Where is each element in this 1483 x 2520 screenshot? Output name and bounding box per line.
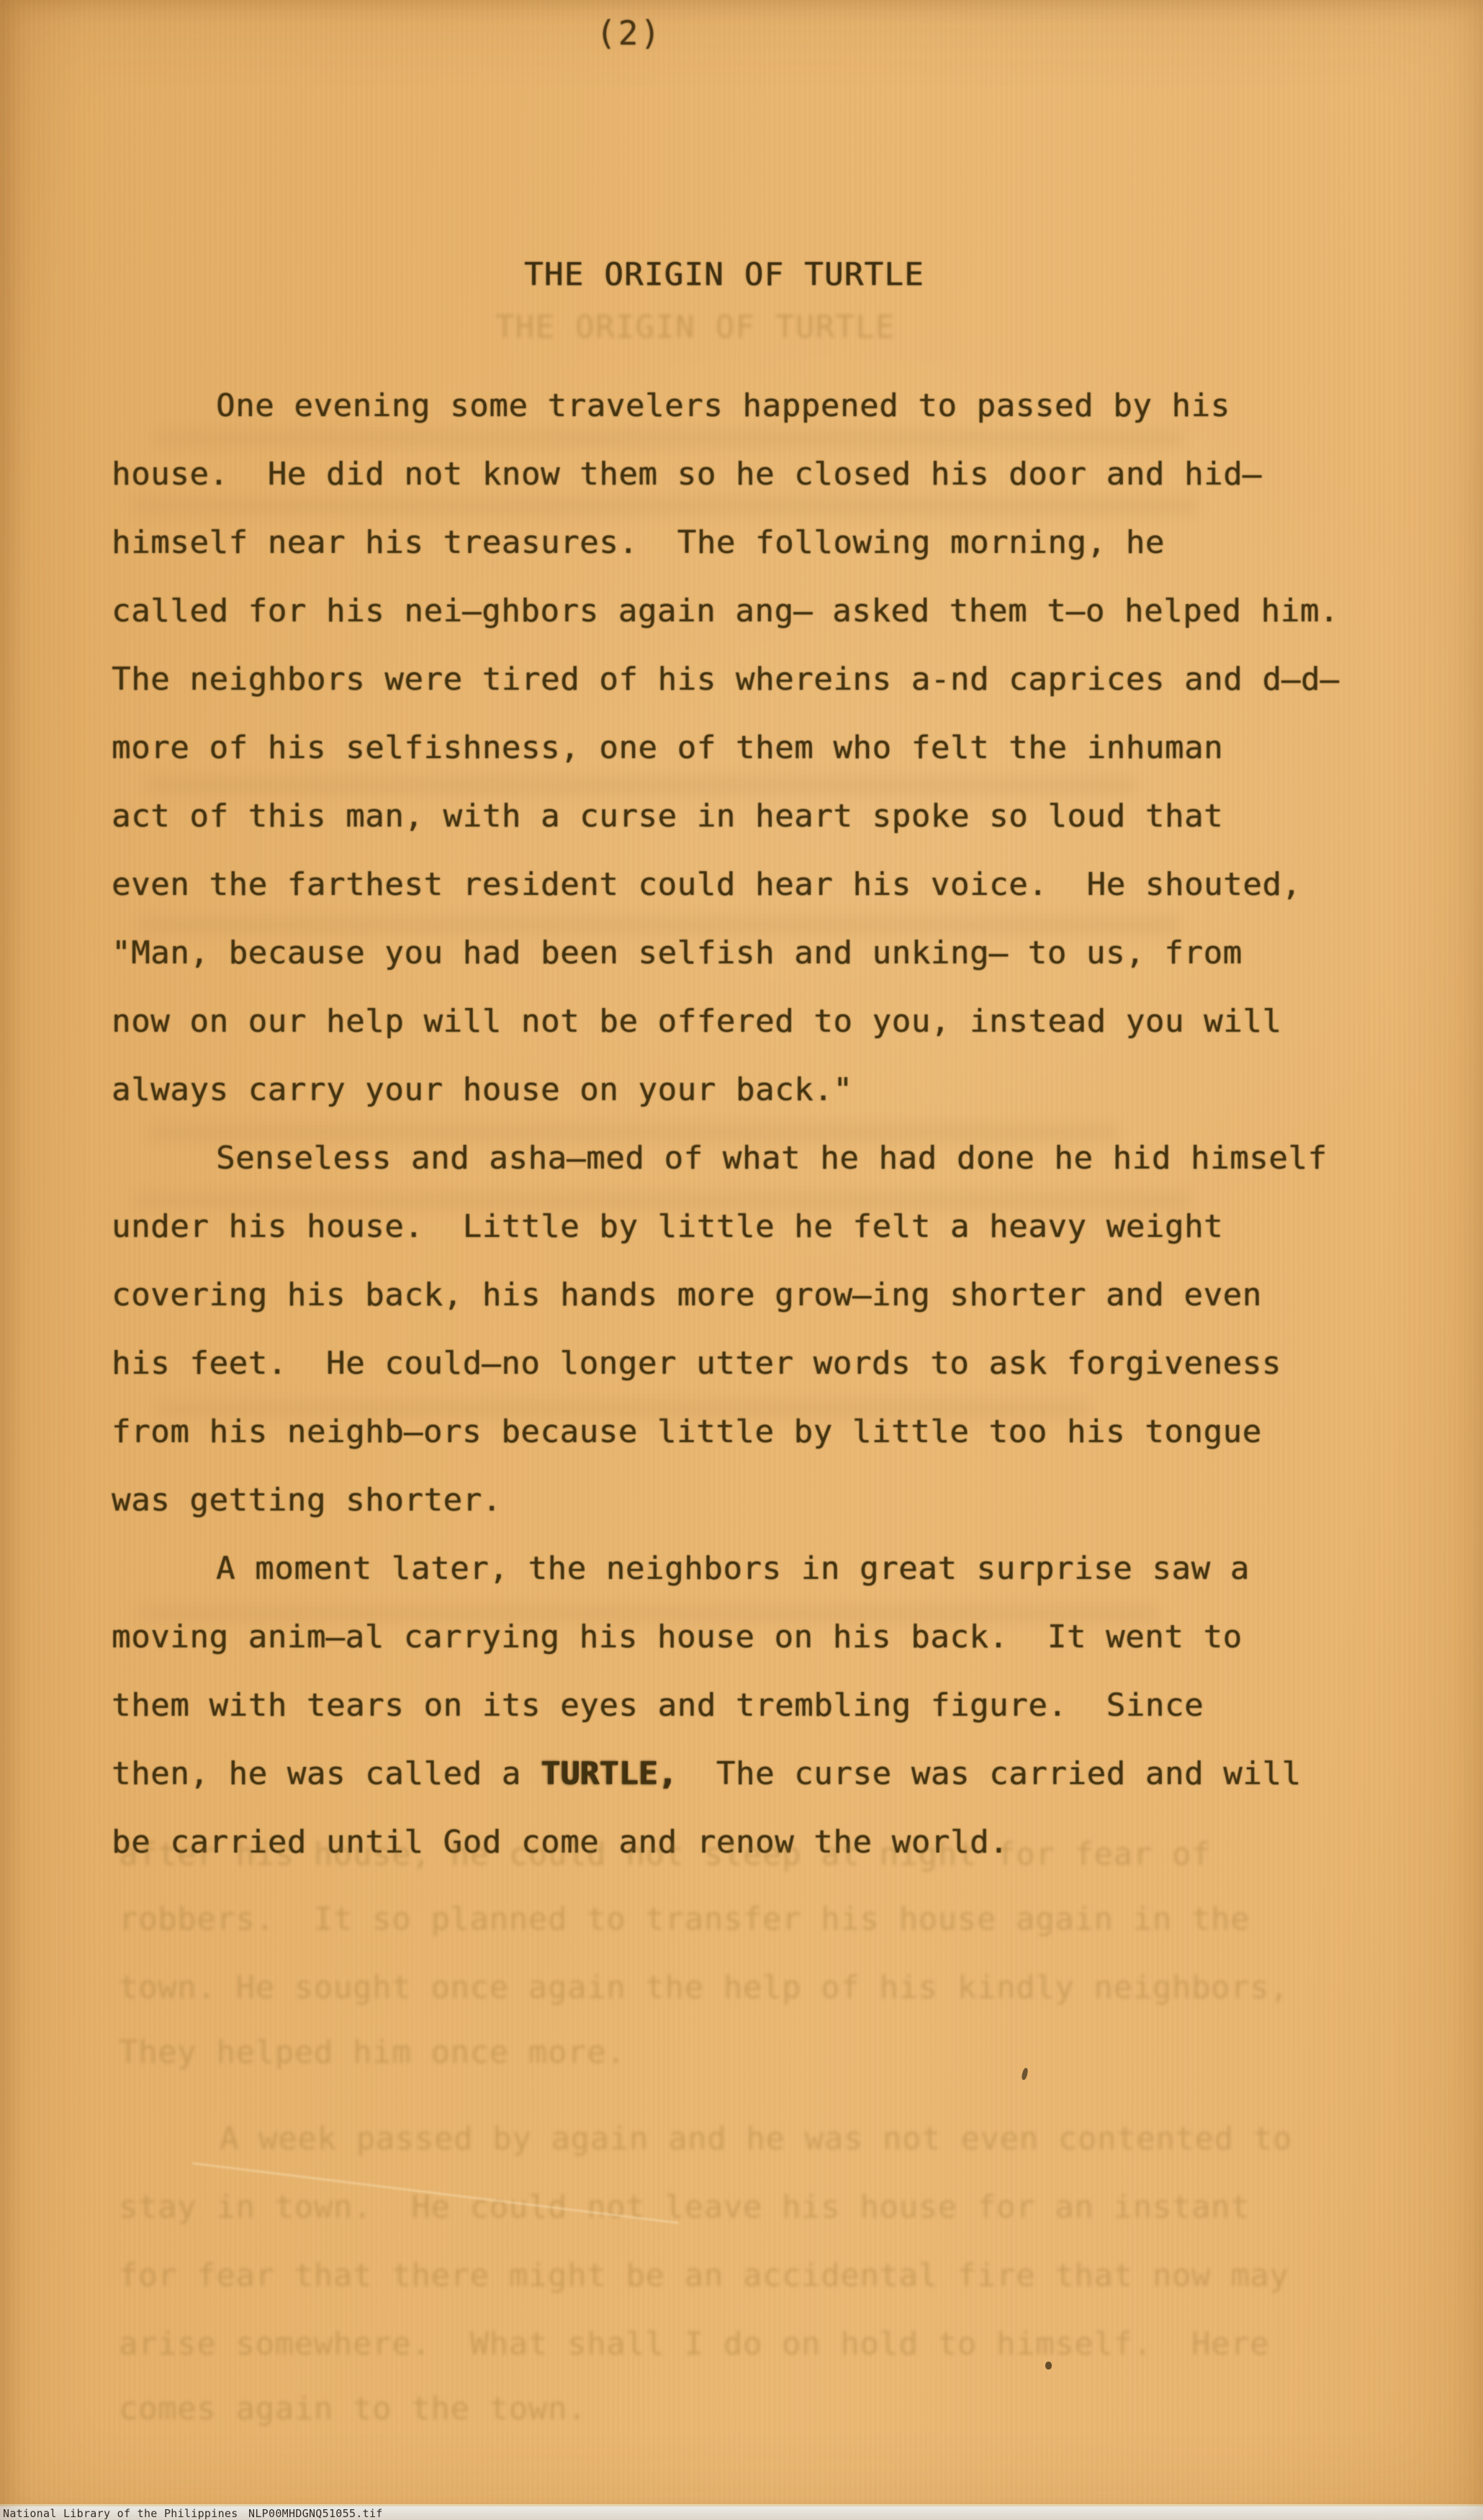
typescript-line: always carry your house on your back." xyxy=(112,1056,852,1124)
bleedthrough-title: THE ORIGIN OF TURTLE xyxy=(495,306,896,349)
scan-footer: National Library of the Philippines NLP0… xyxy=(0,2504,1483,2520)
typescript-line: under his house. Little by little he fel… xyxy=(112,1192,1223,1261)
bleedthrough-line: robbers. It so planned to transfer his h… xyxy=(119,1885,1250,1953)
bleedthrough-line: after his house, he could not sleep at n… xyxy=(119,1820,1211,1889)
typescript-line: Senseless and asha̶med of what he had do… xyxy=(216,1124,1328,1192)
bleedthrough-line: comes again to the town. xyxy=(119,2375,587,2443)
typescript-line-segment: The curse was carried and will xyxy=(677,1755,1302,1792)
ink-speck xyxy=(1021,2067,1029,2080)
typescript-line: was getting shorter. xyxy=(112,1466,502,1534)
ink-speck xyxy=(1045,2362,1052,2370)
typescript-line: One evening some travelers happened to p… xyxy=(216,372,1230,440)
page-number: (2) xyxy=(596,12,662,55)
typescript-line: from his neighb̶ors because little by li… xyxy=(112,1398,1262,1466)
page-title: THE ORIGIN OF TURTLE xyxy=(524,253,924,297)
typescript-line: more of his selfishness, one of them who… xyxy=(112,714,1223,782)
document-scan: (2) THE ORIGIN OF TURTLE THE ORIGIN OF T… xyxy=(0,0,1483,2520)
scanned-page: (2) THE ORIGIN OF TURTLE THE ORIGIN OF T… xyxy=(0,0,1483,2520)
footer-filename: NLP00MHDGNQ51055.tif xyxy=(248,2508,383,2520)
overstruck-word: TURTLE, xyxy=(541,1755,677,1792)
typescript-line: The neighbors were tired of his whereins… xyxy=(112,645,1339,714)
footer-library-label: National Library of the Philippines xyxy=(3,2508,238,2520)
typescript-line: act of this man, with a curse in heart s… xyxy=(112,782,1223,850)
typescript-line: then, he was called a TURTLE, The curse … xyxy=(112,1740,1302,1808)
typescript-line: A moment later, the neighbors in great s… xyxy=(216,1534,1250,1603)
bleedthrough-line: They helped him once more. xyxy=(119,2018,626,2087)
typescript-line: covering his back, his hands more grow̶i… xyxy=(112,1261,1262,1329)
bleedthrough-line: for fear that there might be an accident… xyxy=(119,2241,1289,2310)
bleedthrough-line: A week passed by again and he was not ev… xyxy=(220,2105,1292,2173)
typescript-line-segment: then, he was called a xyxy=(112,1755,541,1792)
typescript-line: called for his nei̶ghbors again ang̶ ask… xyxy=(112,577,1339,645)
bleedthrough-line: town. He sought once again the help of h… xyxy=(119,1953,1289,2022)
typescript-line: himself near his treasures. The followin… xyxy=(112,508,1165,577)
typescript-line: "Man, because you had been selfish and u… xyxy=(112,919,1243,987)
typescript-line: now on our help will not be offered to y… xyxy=(112,987,1281,1056)
typescript-line: house. He did not know them so he closed… xyxy=(112,440,1262,508)
bleedthrough-line: arise somewhere. What shall I do on hold… xyxy=(119,2310,1269,2378)
typescript-line: moving anim̶al carrying his house on his… xyxy=(112,1603,1243,1671)
typescript-line: his feet. He could̶no longer utter words… xyxy=(112,1329,1281,1398)
typescript-line: even the farthest resident could hear hi… xyxy=(112,850,1302,919)
typescript-line: them with tears on its eyes and tremblin… xyxy=(112,1671,1204,1740)
bleedthrough-line: stay in town. He could not leave his hou… xyxy=(119,2173,1250,2241)
